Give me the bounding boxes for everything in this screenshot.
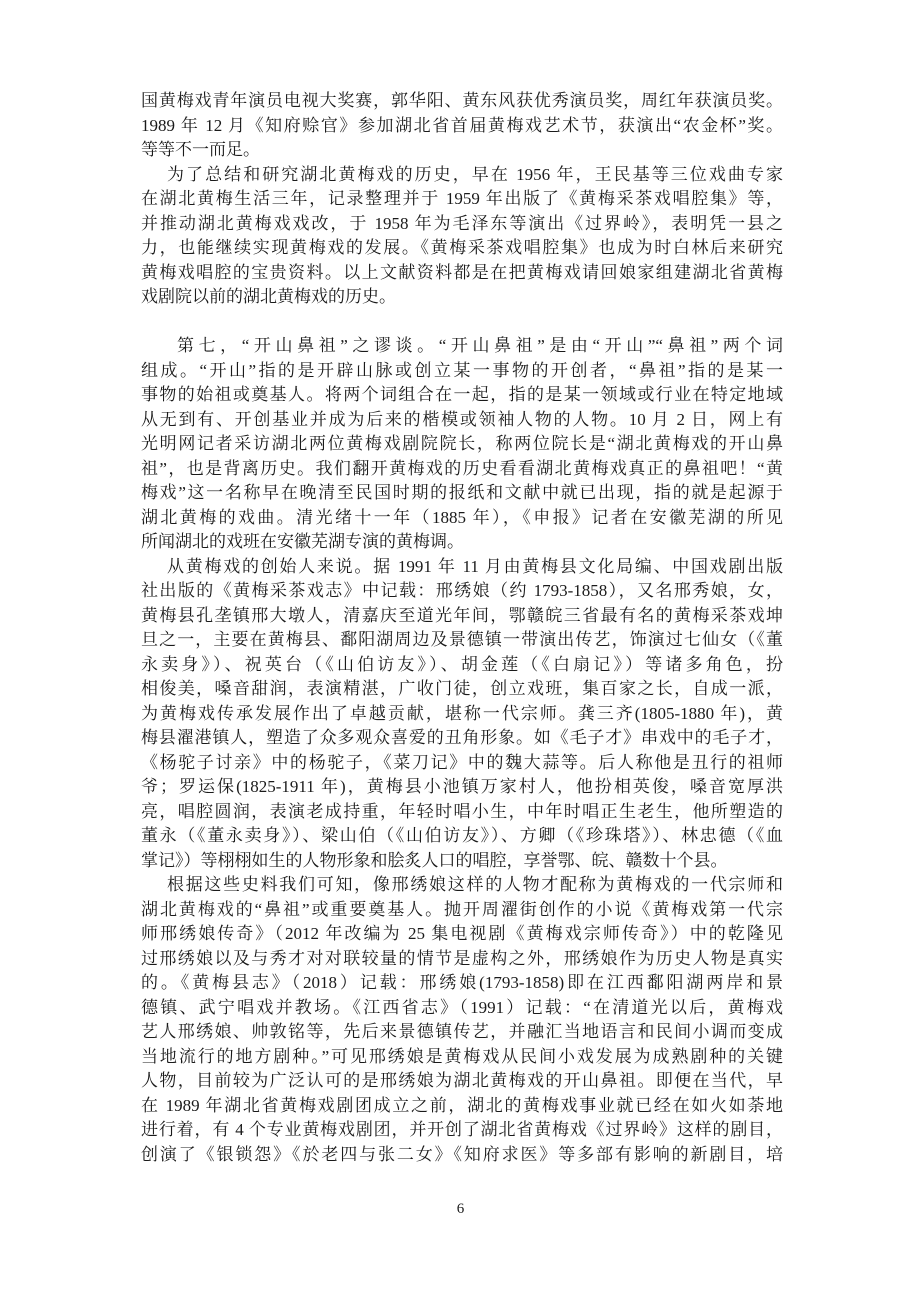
- blank-line: [141, 310, 783, 335]
- text-line: 社出版的《黄梅采茶戏志》中记载：邢绣娘（约 1793-1858），又名邢秀娘，女…: [141, 579, 783, 604]
- text-line: 亮，唱腔圆润，表演老成持重，年轻时唱小生，中年时唱正生老生，他所塑造的: [141, 800, 783, 825]
- text-line: 在湖北黄梅生活三年，记录整理并于 1959 年出版了《黄梅采茶戏唱腔集》等，: [141, 187, 783, 212]
- text-line: 为黄梅戏传承发展作出了卓越贡献，堪称一代宗师。龚三齐(1805-1880 年)，…: [141, 702, 783, 727]
- text-line: 国黄梅戏青年演员电视大奖赛，郭华阳、黄东风获优秀演员奖，周红年获演员奖。: [141, 89, 783, 114]
- page-number: 6: [0, 1198, 921, 1220]
- text-line: 董永（《董永卖身》）、梁山伯（《山伯访友》）、方卿（《珍珠塔》）、林忠德（《血: [141, 824, 783, 849]
- text-line: 《杨驼子讨亲》中的杨驼子，《菜刀记》中的魏大蒜等。后人称他是丑行的祖师: [141, 751, 783, 776]
- text-line: 梅县濯港镇人，塑造了众多观众喜爱的丑角形象。如《毛子才》串戏中的毛子才，: [141, 726, 783, 751]
- text-line: 在 1989 年湖北省黄梅戏剧团成立之前，湖北的黄梅戏事业就已经在如火如荼地: [141, 1094, 783, 1119]
- text-line: 相俊美，嗓音甜润，表演精湛，广收门徒，创立戏班，集百家之长，自成一派，: [141, 677, 783, 702]
- text-line: 并推动湖北黄梅戏戏改，于 1958 年为毛泽东等演出《过界岭》，表明凭一县之: [141, 212, 783, 237]
- text-line: 永卖身》）、祝英台（《山伯访友》）、胡金莲（《白扇记》）等诸多角色，扮: [141, 653, 783, 678]
- text-line: 人物，目前较为广泛认可的是邢绣娘为湖北黄梅戏的开山鼻祖。即便在当代，早: [141, 1069, 783, 1094]
- text-line: 湖北黄梅的戏曲。清光绪十一年（1885 年），《申报》记者在安徽芜湖的所见: [141, 506, 783, 531]
- text-line: 组成。“开山”指的是开辟山脉或创立某一事物的开创者，“鼻祖”指的是某一: [141, 359, 783, 384]
- text-line: 梅戏”这一名称早在晚清至民国时期的报纸和文献中就已出现，指的就是起源于: [141, 481, 783, 506]
- text-line: 师邢绣娘传奇》（2012 年改编为 25 集电视剧《黄梅戏宗师传奇》）中的乾隆见: [141, 922, 783, 947]
- text-line: 根据这些史料我们可知，像邢绣娘这样的人物才配称为黄梅戏的一代宗师和: [141, 873, 783, 898]
- text-line: 事物的始祖或奠基人。将两个词组合在一起，指的是某一领域或行业在特定地域: [141, 383, 783, 408]
- text-line: 为了总结和研究湖北黄梅戏的历史，早在 1956 年，王民基等三位戏曲专家: [141, 163, 783, 188]
- text-line: 黄梅县孔垄镇邢大墩人，清嘉庆至道光年间，鄂赣皖三省最有名的黄梅采茶戏坤: [141, 604, 783, 629]
- text-line: 光明网记者采访湖北两位黄梅戏剧院院长，称两位院长是“湖北黄梅戏的开山鼻: [141, 432, 783, 457]
- text-line: 德镇、武宁唱戏并教场。《江西省志》（1991）记载：“在清道光以后，黄梅戏: [141, 996, 783, 1021]
- text-line: 戏剧院以前的湖北黄梅戏的历史。: [141, 285, 783, 310]
- text-line: 艺人邢绣娘、帅敦铭等，先后来景德镇传艺，并融汇当地语言和民间小调而变成: [141, 1020, 783, 1045]
- text-line: 进行着，有 4 个专业黄梅戏剧团，并开创了湖北省黄梅戏《过界岭》这样的剧目，: [141, 1118, 783, 1143]
- text-line: 创演了《银锁怨》《於老四与张二女》《知府求医》等多部有影响的新剧目，培: [141, 1143, 783, 1168]
- text-block: 国黄梅戏青年演员电视大奖赛，郭华阳、黄东风获优秀演员奖，周红年获演员奖。1989…: [141, 89, 783, 1167]
- text-line: 从黄梅戏的创始人来说。据 1991 年 11 月由黄梅县文化局编、中国戏剧出版: [141, 555, 783, 580]
- text-line: 等等不一而足。: [141, 138, 783, 163]
- text-line: 从无到有、开创基业并成为后来的楷模或领袖人物的人物。10 月 2 日，网上有: [141, 408, 783, 433]
- text-line: 过邢绣娘以及与秀才对对联较量的情节是虚构之外，邢绣娘作为历史人物是真实: [141, 947, 783, 972]
- text-line: 当地流行的地方剧种。”可见邢绣娘是黄梅戏从民间小戏发展为成熟剧种的关键: [141, 1045, 783, 1070]
- text-line: 爷；罗运保(1825-1911 年)，黄梅县小池镇万家村人，他扮相英俊，嗓音宽厚…: [141, 775, 783, 800]
- text-line: 所闻湖北的戏班在安徽芜湖专演的黄梅调。: [141, 530, 783, 555]
- document-page: 国黄梅戏青年演员电视大奖赛，郭华阳、黄东风获优秀演员奖，周红年获演员奖。1989…: [0, 0, 921, 1289]
- text-line: 力，也能继续实现黄梅戏的发展。《黄梅采茶戏唱腔集》也成为时白林后来研究: [141, 236, 783, 261]
- text-line: 1989 年 12 月《知府赊官》参加湖北省首届黄梅戏艺术节，获演出“农金杯”奖…: [141, 114, 783, 139]
- text-line: 黄梅戏唱腔的宝贵资料。以上文献资料都是在把黄梅戏请回娘家组建湖北省黄梅: [141, 261, 783, 286]
- text-line: 湖北黄梅戏的“鼻祖”或重要奠基人。抛开周濯街创作的小说《黄梅戏第一代宗: [141, 898, 783, 923]
- text-line: 第七，“开山鼻祖”之谬谈。“开山鼻祖”是由“开山”“鼻祖”两个词: [141, 334, 783, 359]
- text-line: 旦之一，主要在黄梅县、鄱阳湖周边及景德镇一带演出传艺，饰演过七仙女（《董: [141, 628, 783, 653]
- text-line: 祖”，也是背离历史。我们翻开黄梅戏的历史看看湖北黄梅戏真正的鼻祖吧！“黄: [141, 457, 783, 482]
- text-line: 的。《黄梅县志》（2018）记载：邢绣娘(1793-1858)即在江西鄱阳湖两岸…: [141, 971, 783, 996]
- text-line: 掌记》）等栩栩如生的人物形象和脍炙人口的唱腔，享誉鄂、皖、赣数十个县。: [141, 849, 783, 874]
